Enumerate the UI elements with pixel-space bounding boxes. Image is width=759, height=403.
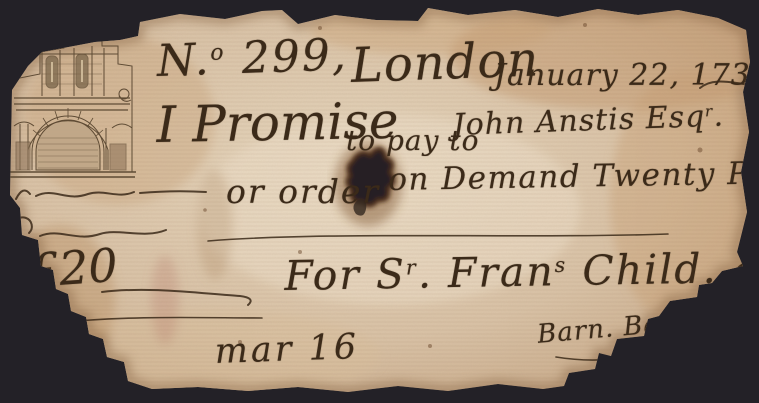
payer-superscript-r: r (406, 255, 418, 279)
note-number: N.o 299, (156, 29, 349, 87)
payer-mid: . Fran (417, 247, 555, 297)
payee-text: John Anstis Esq (452, 99, 706, 143)
payer-superscript-s: s (554, 253, 567, 277)
payee-name: John Anstis Esqr. (452, 99, 725, 143)
note-number-value: 299, (225, 29, 349, 84)
payer-line: For Sr. Frans Child. & C (284, 243, 759, 300)
scanned-note-photo: N.o 299, London January 22, 1732 I Promi… (0, 0, 759, 403)
payee-period: . (713, 99, 725, 134)
signature-first: Barn. (536, 313, 615, 350)
order-clause-lead: or order (226, 172, 380, 211)
note-number-prefix: N. (156, 34, 211, 87)
payer-for: For S (284, 250, 406, 300)
endorsement-date: mar 16 (214, 327, 360, 372)
dateline-date: January 22, 1732 (494, 58, 759, 93)
note-number-superscript: o (210, 40, 226, 66)
order-clause-amount-words: on Demand Twenty Pounds (388, 154, 759, 198)
